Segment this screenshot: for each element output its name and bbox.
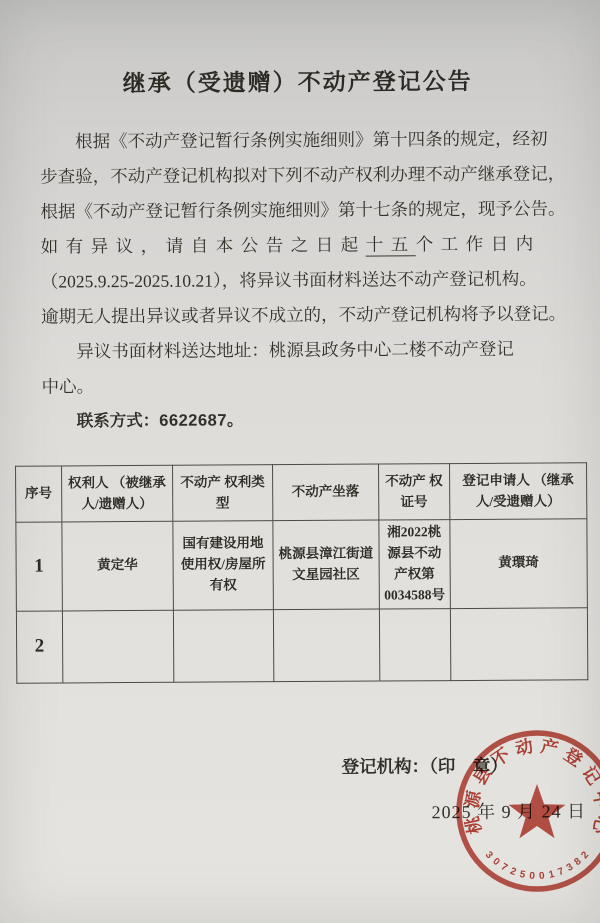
- body-line-objection-period: 如有异议，请自本公告之日起十五个工作日内: [41, 226, 557, 264]
- objection-days-underlined: 十五: [366, 234, 416, 256]
- cell-rights-holder: [62, 610, 174, 683]
- cell-seq: 2: [16, 611, 62, 683]
- contact-phone-number: 6622687。: [159, 411, 244, 430]
- col-header-right-type: 不动产 权利类型: [173, 465, 273, 522]
- body-line: 步查验，不动产登记机构拟对下列不动产权利办理不动产继承登记，: [40, 156, 556, 194]
- scanned-notice-page: 继承（受遗赠）不动产登记公告 根据《不动产登记暂行条例实施细则》第十四条的规定，…: [0, 0, 600, 923]
- cell-location: 桃源县漳江街道文星园社区: [273, 520, 379, 609]
- page-title: 继承（受遗赠）不动产登记公告: [40, 62, 556, 98]
- table-row: 2: [16, 607, 587, 682]
- objection-prefix: 如有异议，请自本公告之日起: [41, 235, 366, 257]
- body-line: 根据《不动产登记暂行条例实施细则》第十七条的规定，现予公告。: [40, 191, 556, 229]
- body-line-address-cont: 中心。: [41, 366, 557, 404]
- objection-suffix: 个工作日内: [416, 234, 541, 255]
- table-row: 1 黄定华 国有建设用地使用权/房屋所有权 桃源县漳江街道文星园社区 湘2022…: [16, 519, 588, 611]
- col-header-cert-no: 不动产 权证号: [378, 464, 450, 520]
- body-line: 逾期无人提出异议或者异议不成立的，不动产登记机构将予以登记。: [41, 296, 557, 334]
- body-line-date-range: （2025.9.25-2025.10.21），将异议书面材料送达不动产登记机构。: [41, 261, 557, 299]
- issuer-line: 登记机构：（印 章）: [44, 752, 508, 780]
- issue-date: 2025 年 9 月 24 日: [44, 797, 586, 826]
- col-header-seq: 序号: [16, 466, 62, 522]
- cell-seq: 1: [16, 522, 62, 611]
- cell-location: [273, 609, 379, 682]
- col-header-applicant: 登记申请人 （继承人/受遗赠人）: [449, 463, 586, 520]
- table-header-row: 序号 权利人 （被继承人/遗赠人） 不动产 权利类型 不动产坐落 不动产 权证号…: [16, 463, 587, 522]
- cell-cert-no: 湘2022桃源县不动产权第0034588号: [378, 520, 450, 609]
- registration-table: 序号 权利人 （被继承人/遗赠人） 不动产 权利类型 不动产坐落 不动产 权证号…: [15, 462, 588, 683]
- cell-right-type: 国有建设用地使用权/房屋所有权: [173, 521, 273, 610]
- page-content: 继承（受遗赠）不动产登记公告 根据《不动产登记暂行条例实施细则》第十四条的规定，…: [0, 0, 600, 923]
- contact-line: 联系方式：6622687。: [42, 401, 558, 439]
- cell-applicant: 黄環琦: [450, 519, 588, 609]
- cell-right-type: [173, 609, 273, 682]
- body-line-address: 异议书面材料送达地址：桃源县政务中心二楼不动产登记: [41, 331, 557, 369]
- body-line: 根据《不动产登记暂行条例实施细则》第十四条的规定，经初: [40, 121, 556, 159]
- cell-applicant: [450, 607, 587, 680]
- notice-body: 根据《不动产登记暂行条例实施细则》第十四条的规定，经初 步查验，不动产登记机构拟…: [40, 121, 558, 439]
- cell-cert-no: [379, 608, 451, 680]
- col-header-location: 不动产坐落: [272, 464, 378, 521]
- cell-rights-holder: 黄定华: [62, 521, 174, 610]
- col-header-rights-holder: 权利人 （被继承人/遗赠人）: [61, 465, 173, 522]
- contact-label: 联系方式：: [77, 412, 160, 431]
